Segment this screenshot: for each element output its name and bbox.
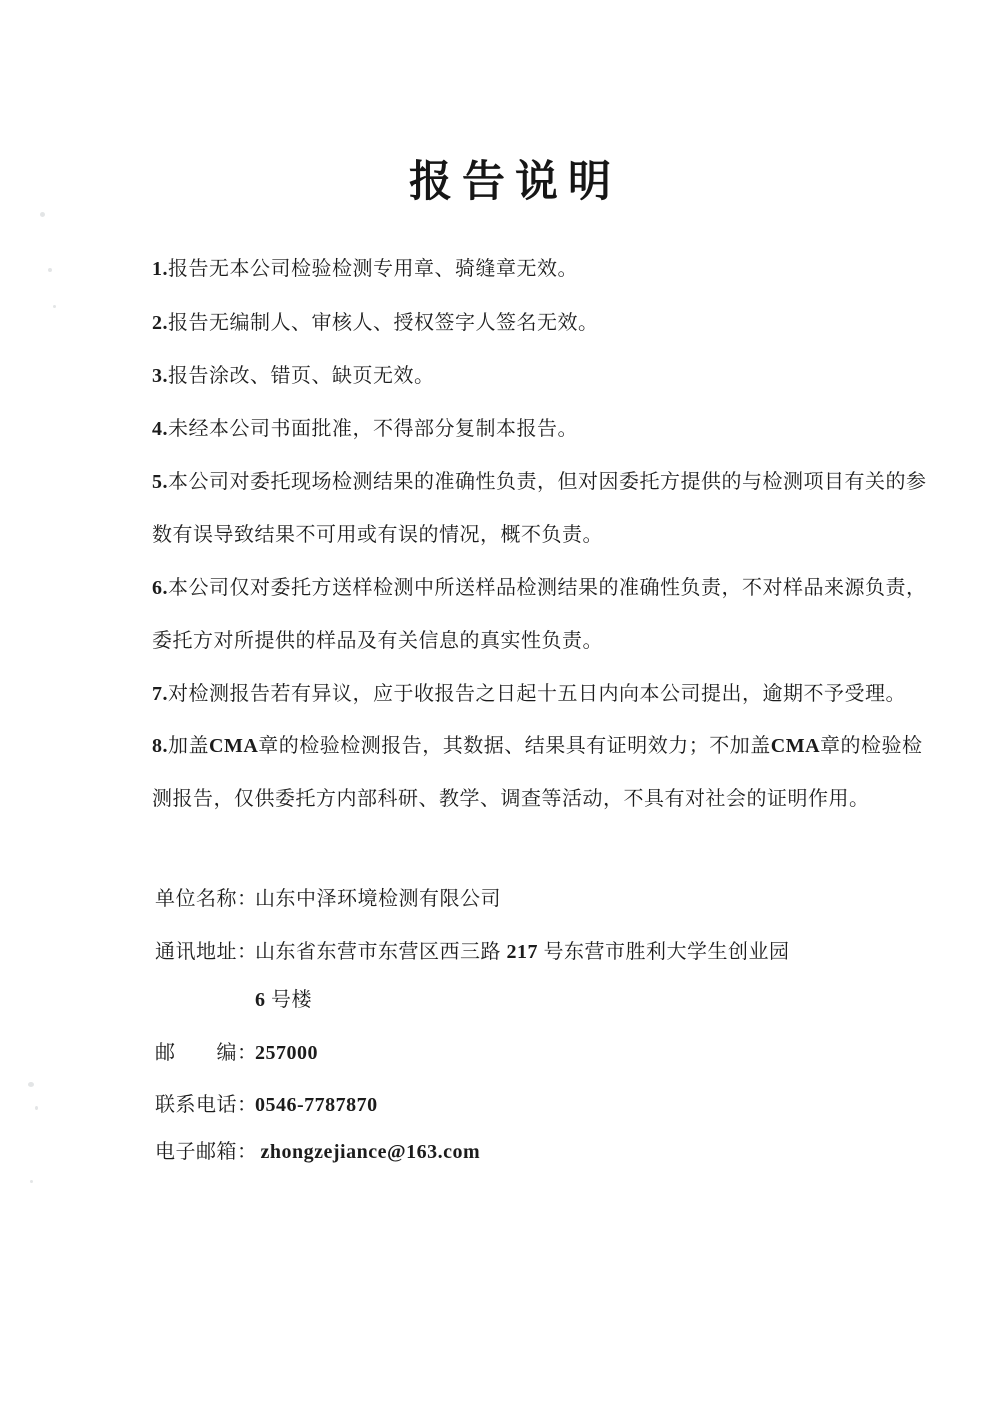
page-title: 报告说明	[0, 148, 1000, 209]
address-value: 号东营市胜利大学生创业园	[538, 941, 790, 963]
scan-artifact	[28, 1082, 34, 1087]
building-number: 6	[255, 989, 266, 1011]
building-label: 号楼	[266, 989, 313, 1011]
scan-artifact	[48, 268, 52, 272]
note-text: 报告无本公司检验检测专用章、骑缝章无效。	[168, 258, 578, 280]
scan-artifact	[35, 1106, 38, 1110]
note-text: 本公司仅对委托方送样检测中所送样品检测结果的准确性负责，不对样品来源负责，	[168, 577, 927, 599]
contact-email-row: 电子邮箱： zhongzejiance@163.com	[133, 1113, 480, 1191]
note-text: 未经本公司书面批准，不得部分复制本报告。	[168, 418, 578, 440]
note-text: 章的检验检	[820, 735, 923, 757]
list-number: 8.	[152, 735, 168, 757]
email-label: 电子邮箱：	[155, 1139, 255, 1165]
address-street-number: 217	[507, 941, 539, 963]
list-number: 7.	[152, 683, 168, 705]
company-name-label: 单位名称：	[155, 886, 255, 912]
note-text: 本公司对委托现场检测结果的准确性负责，但对因委托方提供的与检测项目有关的参	[168, 471, 927, 493]
report-notes-page: 报告说明 1.报告无本公司检验检测专用章、骑缝章无效。 2.报告无编制人、审核人…	[0, 0, 1000, 1414]
list-number: 6.	[152, 577, 168, 599]
note-text: 委托方对所提供的样品及有关信息的真实性负责。	[152, 630, 603, 652]
note-text: 测报告，仅供委托方内部科研、教学、调查等活动，不具有对社会的证明作用。	[152, 788, 870, 810]
scan-artifact	[53, 305, 56, 308]
scan-artifact	[30, 1180, 33, 1183]
list-number: 3.	[152, 365, 168, 387]
note-text: 数有误导致结果不可用或有误的情况，概不负责。	[152, 524, 603, 546]
scan-artifact	[40, 212, 45, 217]
postcode-value: 257000	[255, 1042, 318, 1064]
note-text: 加盖	[168, 735, 209, 757]
list-number: 5.	[152, 471, 168, 493]
address-value: 山东省东营市东营区西三路	[255, 941, 507, 963]
list-number: 1.	[152, 258, 168, 280]
cma-acronym: CMA	[209, 735, 258, 757]
list-number: 2.	[152, 312, 168, 334]
note-text: 对检测报告若有异议，应于收报告之日起十五日内向本公司提出，逾期不予受理。	[168, 683, 906, 705]
cma-acronym: CMA	[771, 735, 820, 757]
note-line-8-continuation: 测报告，仅供委托方内部科研、教学、调查等活动，不具有对社会的证明作用。	[130, 760, 870, 838]
company-name-value: 山东中泽环境检测有限公司	[255, 888, 501, 910]
note-text: 报告涂改、错页、缺页无效。	[168, 365, 435, 387]
note-text: 章的检验检测报告，其数据、结果具有证明效力；不加盖	[258, 735, 771, 757]
list-number: 4.	[152, 418, 168, 440]
postcode-label: 邮 编：	[155, 1040, 255, 1066]
note-text: 报告无编制人、审核人、授权签字人签名无效。	[168, 312, 599, 334]
contact-address-row: 通讯地址：山东省东营市东营区西三路 217 号东营市胜利大学生创业园	[133, 913, 790, 991]
email-value: zhongzejiance@163.com	[255, 1141, 480, 1163]
